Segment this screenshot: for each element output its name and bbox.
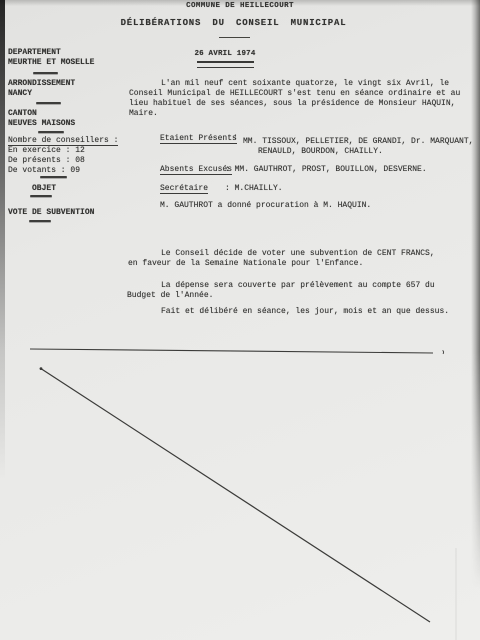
sidebar-rule bbox=[38, 131, 64, 133]
opening-paragraph-line: L'an mil neuf cent soixante quatorze, le… bbox=[161, 79, 449, 89]
depense-paragraph-line: La dépense sera couverte par prélèvement… bbox=[161, 281, 435, 291]
canton-value: NEUVES MAISONS bbox=[8, 119, 75, 129]
page-title: DÉLIBÉRATIONS DU CONSEIL MUNICIPAL bbox=[0, 18, 467, 28]
opening-paragraph-line: Conseil Municipal de HEILLECOURT s'est t… bbox=[129, 89, 460, 99]
sidebar-rule bbox=[33, 72, 58, 74]
closing-line: Fait et délibéré en séance, les jour, mo… bbox=[161, 307, 449, 317]
departement-label: DEPARTEMENT bbox=[8, 48, 61, 58]
presents-names-line: RENAULD, BOURDON, CHAILLY. bbox=[258, 147, 383, 157]
objet-value: VOTE DE SUBVENTION bbox=[8, 208, 94, 218]
secretaire-label-text: Secrétaire bbox=[160, 184, 208, 194]
scan-top-edge-shadow bbox=[0, 0, 480, 6]
absents-label: Absents Excusés bbox=[160, 165, 232, 175]
opening-paragraph-line: Maire. bbox=[129, 109, 158, 119]
presents-names-line: MM. TISSOUX, PELLETIER, DE GRANDI, Dr. M… bbox=[243, 137, 473, 147]
departement-value: MEURTHE ET MOSELLE bbox=[8, 58, 94, 68]
closing-separator-line bbox=[30, 349, 433, 353]
presents-colon: : bbox=[233, 133, 238, 143]
opening-paragraph-line: lieu habituel de ses séances, sous la pr… bbox=[129, 99, 455, 109]
diagonal-cancellation-line bbox=[40, 368, 430, 622]
sidebar-divider bbox=[30, 195, 52, 197]
conseillers-en-exercice: En exercice : 12 bbox=[8, 146, 85, 156]
scanned-deliberation-document: COMMUNE DE HEILLECOURT DÉLIBÉRATIONS DU … bbox=[0, 0, 480, 640]
scan-left-edge-shadow bbox=[0, 0, 5, 640]
arrondissement-label: ARRONDISSEMENT bbox=[8, 79, 75, 89]
depense-paragraph-line: Budget de l'Année. bbox=[127, 291, 213, 301]
conseillers-votants: De votants : 09 bbox=[8, 166, 80, 176]
sidebar-divider bbox=[40, 176, 67, 178]
presents-label-text: Etaient Présents bbox=[160, 134, 237, 144]
arrondissement-value: NANCY bbox=[8, 89, 32, 99]
decision-paragraph-line: Le Conseil décide de voter une subventio… bbox=[161, 249, 435, 259]
session-date: 26 AVRIL 1974 bbox=[185, 50, 265, 58]
absents-label-text: Absents Excusés bbox=[160, 165, 232, 175]
stray-comma-mark bbox=[443, 351, 444, 354]
secretaire-label: Secrétaire bbox=[160, 184, 208, 194]
objet-label: OBJET bbox=[32, 184, 56, 194]
procuration-line: M. GAUTHROT a donné procuration à M. HAQ… bbox=[160, 201, 371, 211]
conseillers-presents: De présents : 08 bbox=[8, 156, 85, 166]
sidebar-rule bbox=[36, 102, 61, 104]
canton-label: CANTON bbox=[8, 109, 37, 119]
decision-paragraph-line: en faveur de la Semaine Nationale pour l… bbox=[128, 259, 363, 269]
secretaire-name: : M.CHAILLY. bbox=[225, 184, 283, 194]
absents-names: : MM. GAUTHROT, PROST, BOUILLON, DESVERN… bbox=[225, 165, 427, 175]
presents-label: Etaient Présents bbox=[160, 134, 237, 144]
conseillers-label: Nombre de conseillers : bbox=[8, 136, 118, 146]
title-rule bbox=[219, 37, 250, 38]
conseillers-label-text: Nombre de conseillers : bbox=[8, 136, 118, 146]
diagonal-line-start-blob bbox=[40, 367, 43, 370]
scan-right-edge-shadow bbox=[471, 0, 480, 640]
sidebar-divider bbox=[29, 220, 51, 222]
date-underline bbox=[197, 61, 254, 68]
